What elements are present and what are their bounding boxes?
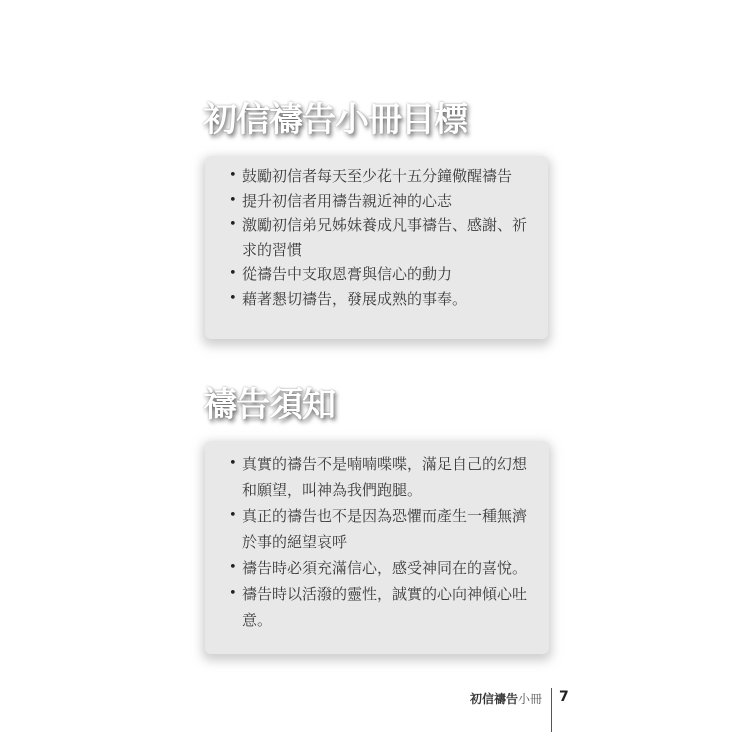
list-item-text: 藉著懇切禱告，發展成熟的事奉。 [242,290,467,308]
list-item-text: 提升初信者用禱告親近神的心志 [242,192,452,210]
list-item-text: 鼓勵初信者每天至少花十五分鐘儆醒禱告 [242,167,512,185]
bullet-icon: • [229,287,237,312]
bullet-icon: • [229,213,237,238]
list-item: •真正的禱告也不是因為恐懼而產生一種無濟於事的絕望哀呼 [229,503,541,555]
footer-title-bold: 初信禱告 [470,692,518,706]
goals-box: •鼓勵初信者每天至少花十五分鐘儆醒禱告 •提升初信者用禱告親近神的心志 •激勵初… [205,156,548,339]
section-heading-prayer-notes: 禱告須知 [203,388,335,422]
list-item-text: 從禱告中支取恩膏與信心的動力 [242,265,452,283]
bullet-icon: • [229,189,237,214]
list-item: •真實的禱告不是喃喃喋喋，滿足自己的幻想和願望，叫神為我們跑腿。 [229,451,541,503]
list-item: •從禱告中支取恩膏與信心的動力 [229,262,540,287]
list-item-text: 真實的禱告不是喃喃喋喋，滿足自己的幻想和願望，叫神為我們跑腿。 [242,455,527,499]
list-item-text: 禱告時必須充滿信心，感受神同在的喜悅。 [242,559,527,577]
footer-title-light: 小冊 [518,692,542,706]
list-item-text: 禱告時以活潑的靈性，誠實的心向神傾心吐意。 [242,585,527,629]
list-item: •鼓勵初信者每天至少花十五分鐘儆醒禱告 [229,164,540,189]
list-item-text: 真正的禱告也不是因為恐懼而產生一種無濟於事的絕望哀呼 [242,507,527,551]
footer-divider [551,688,552,732]
list-item: •禱告時以活潑的靈性，誠實的心向神傾心吐意。 [229,581,541,633]
running-footer: 初信禱告小冊 [470,690,542,707]
prayer-notes-box: •真實的禱告不是喃喃喋喋，滿足自己的幻想和願望，叫神為我們跑腿。 •真正的禱告也… [205,441,549,654]
list-item-text: 激勵初信弟兄姊妹養成凡事禱告、感謝、祈求的習慣 [242,216,527,259]
list-item: •禱告時必須充滿信心，感受神同在的喜悅。 [229,555,541,581]
section-heading-goals: 初信禱告小冊目標 [203,103,467,137]
goals-list: •鼓勵初信者每天至少花十五分鐘儆醒禱告 •提升初信者用禱告親近神的心志 •激勵初… [229,164,540,311]
prayer-notes-list: •真實的禱告不是喃喃喋喋，滿足自己的幻想和願望，叫神為我們跑腿。 •真正的禱告也… [229,451,541,633]
bullet-icon: • [229,581,237,607]
bullet-icon: • [229,503,237,529]
bullet-icon: • [229,262,237,287]
list-item: •藉著懇切禱告，發展成熟的事奉。 [229,287,540,312]
bullet-icon: • [229,451,237,477]
list-item: •激勵初信弟兄姊妹養成凡事禱告、感謝、祈求的習慣 [229,213,540,262]
list-item: •提升初信者用禱告親近神的心志 [229,189,540,214]
page-number: 7 [559,689,569,705]
bullet-icon: • [229,164,237,189]
bullet-icon: • [229,555,237,581]
